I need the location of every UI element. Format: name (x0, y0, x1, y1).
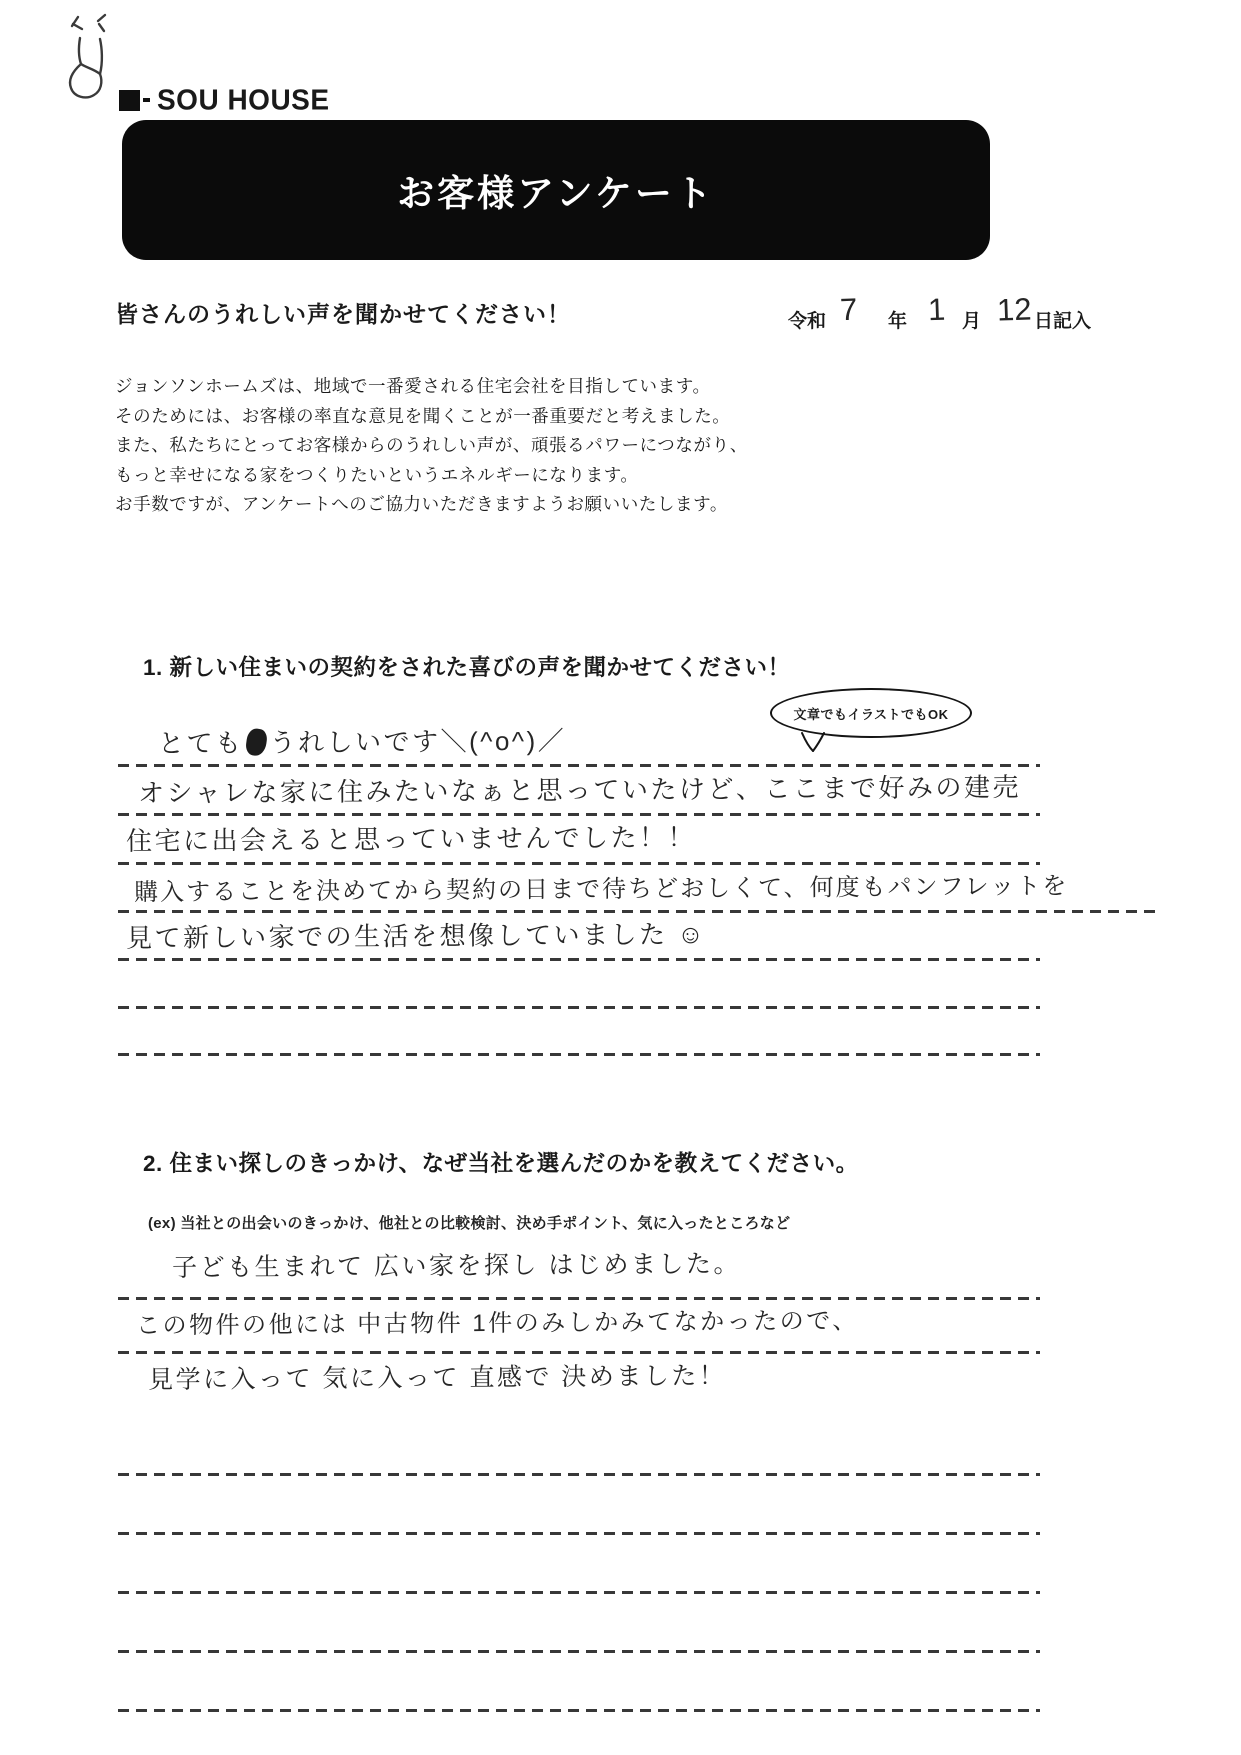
date-day-label: 日記入 (1034, 306, 1091, 333)
logo: SOU HOUSE (119, 84, 330, 116)
answer-line-rule (118, 1591, 1040, 1594)
intro-line: そのためには、お客様の率直な意見を聞くことが一番重要だと考えました。 (115, 402, 748, 432)
date-year-label: 年 (888, 306, 907, 333)
intro-line: ジョンソンホームズは、地域で一番愛される住宅会社を目指しています。 (115, 372, 748, 402)
page-title: お客様アンケート (397, 163, 715, 217)
handwritten-answer: とてもうれしいです＼(^o^)／ (158, 721, 566, 761)
handwritten-answer: 住宅に出会えると思っていませんでした！！ (126, 817, 696, 858)
answer-line-rule (118, 813, 1040, 816)
answer-line-rule (118, 1532, 1040, 1535)
handwritten-answer: 購入することを決めてから契約の日まで待ちどおしくて、何度もパンフレットを (134, 866, 1069, 908)
ink-scribble (244, 727, 267, 756)
logo-text: SOU HOUSE (157, 83, 330, 116)
scanned-survey-page: SOU HOUSE お客様アンケート 皆さんのうれしい声を聞かせてください！ 令… (0, 0, 1241, 1755)
date-year-handwritten: 7 (839, 292, 857, 329)
answer-line-rule (118, 1650, 1040, 1653)
answer-line-rule (118, 1006, 1040, 1009)
answer-line-rule (118, 958, 1040, 961)
date-month-handwritten: 1 (927, 292, 945, 329)
handwritten-text: とても (158, 728, 244, 759)
title-banner: お客様アンケート (122, 120, 990, 260)
date-day-handwritten: 12 (996, 291, 1032, 328)
answer-line-rule (118, 1297, 1040, 1300)
handwritten-text: うれしいです＼(^o^)／ (269, 726, 566, 758)
question1-heading: 1. 新しい住まいの契約をされた喜びの声を聞かせてください！ (143, 650, 791, 682)
logo-square-icon (119, 90, 140, 111)
intro-line: また、私たちにとってお客様からのうれしい声が、頑張るパワーにつながり、 (115, 431, 748, 461)
question2-heading: 2. 住まい探しのきっかけ、なぜ当社を選んだのかを教えてください。 (143, 1146, 859, 1178)
handwritten-answer: 見て新しい家での生活を想像していました ☺ (126, 914, 707, 955)
speech-bubble-label: 文章でもイラストでもOK (793, 704, 948, 723)
answer-line-rule (118, 910, 1158, 913)
answer-line-rule (118, 1053, 1040, 1056)
answer-line-rule (118, 862, 1040, 865)
speech-bubble-tail (798, 732, 832, 754)
greeting-text: 皆さんのうれしい声を聞かせてください！ (115, 296, 571, 329)
date-era-label: 令和 (788, 306, 826, 333)
logo-dash-icon (143, 98, 150, 102)
answer-line-rule (118, 1709, 1040, 1712)
speech-bubble: 文章でもイラストでもOK (770, 688, 972, 738)
answer-line-rule (118, 1351, 1040, 1354)
date-month-label: 月 (962, 306, 981, 333)
answer-line-rule (118, 1473, 1040, 1476)
intro-line: もっと幸せになる家をつくりたいというエネルギーになります。 (115, 461, 748, 491)
handwritten-answer: 子ども生まれて 広い家を探し はじめました。 (172, 1244, 741, 1284)
handwritten-answer: この物件の他には 中古物件 1件のみしかみてなかったので、 (136, 1300, 859, 1340)
intro-line: お手数ですが、アンケートへのご協力いただきますようお願いいたします。 (115, 490, 748, 520)
intro-paragraph: ジョンソンホームズは、地域で一番愛される住宅会社を目指しています。 そのためには… (115, 372, 748, 520)
handwritten-answer: オシャレな家に住みたいなぁと思っていたけど、ここまで好みの建売 (138, 767, 1021, 810)
handwritten-answer: 見学に入って 気に入って 直感で 決めました！ (148, 1356, 727, 1396)
answer-line-rule (118, 764, 1040, 767)
question2-hint: (ex) 当社との出会いのきっかけ、他社との比較検討、決め手ポイント、気に入った… (148, 1212, 790, 1233)
